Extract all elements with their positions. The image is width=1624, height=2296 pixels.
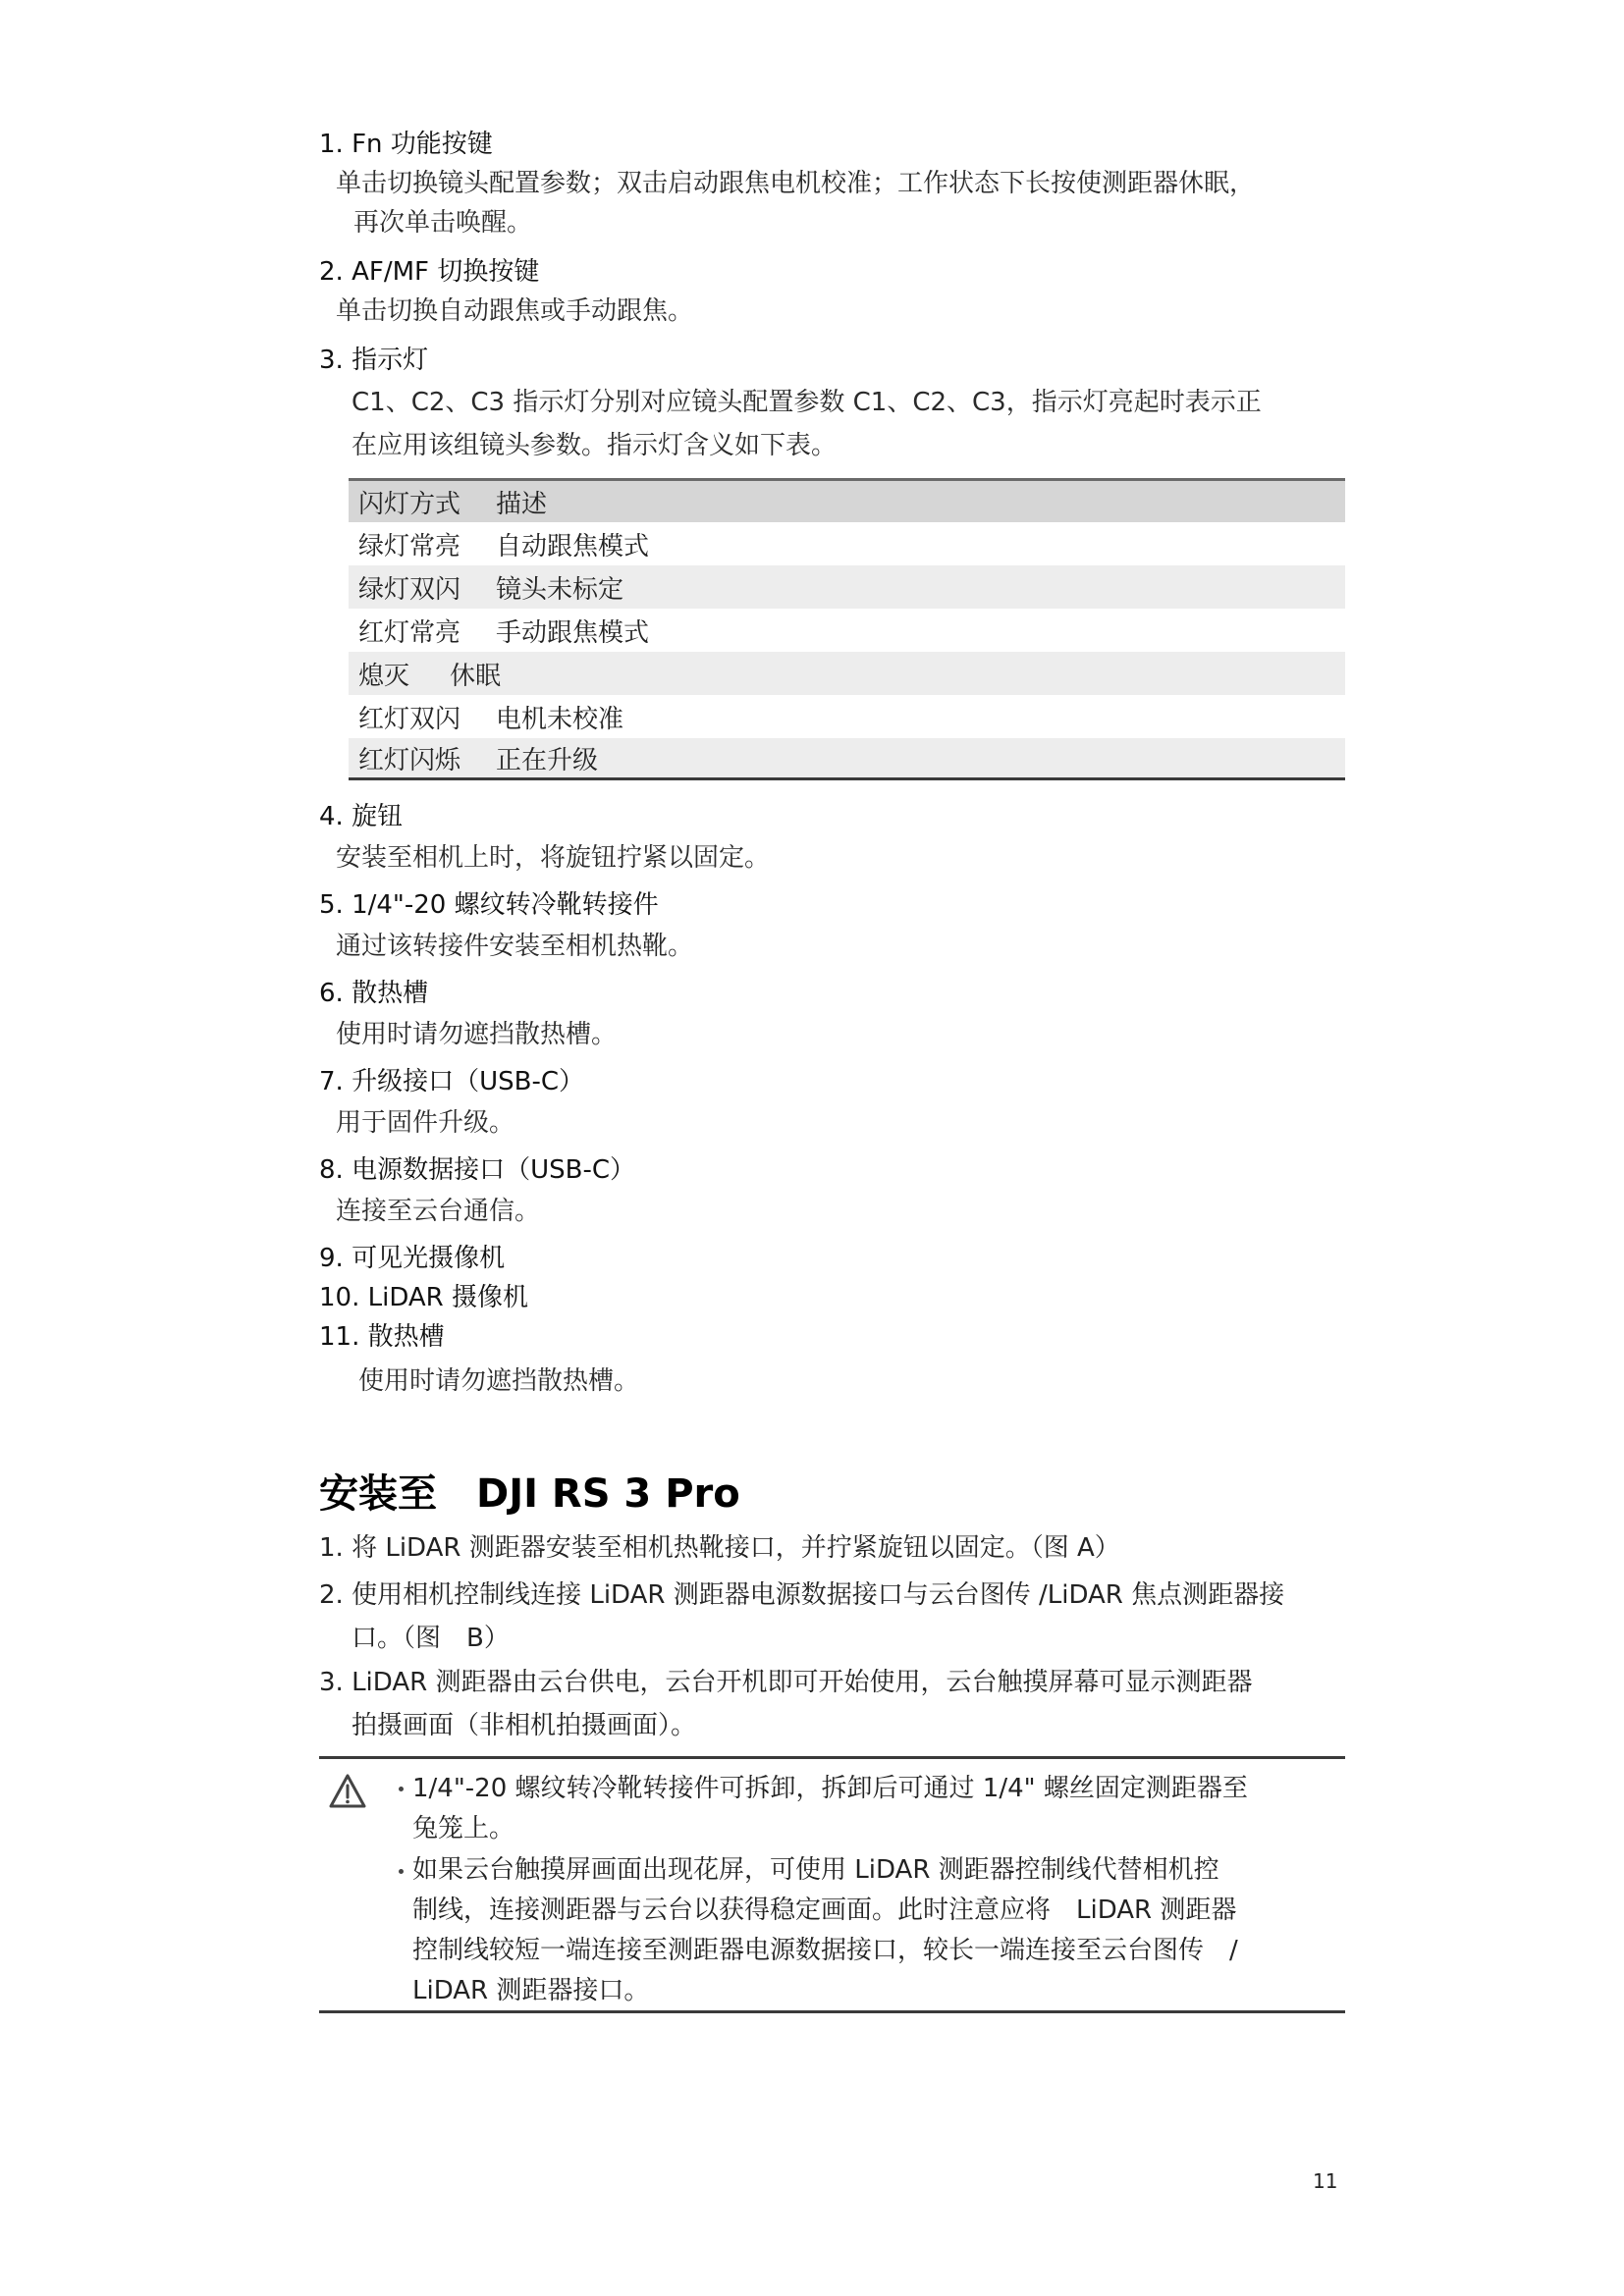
item-2-desc: 单击切换自动跟焦或手动跟焦。 (336, 294, 693, 328)
item-11-desc: 使用时请勿遮挡散热槽。 (358, 1364, 639, 1398)
table-header-row: 闪灯方式 描述 (349, 481, 1345, 522)
table-cell-mode: 红灯闪烁 (358, 740, 496, 776)
table-row: 红灯常亮 手动跟焦模式 (349, 609, 1345, 652)
table-cell-description: 手动跟焦模式 (496, 613, 649, 649)
item-1-title: 1. Fn 功能按键 (319, 128, 493, 161)
indicator-table: 闪灯方式 描述 绿灯常亮 自动跟焦模式 绿灯双闪 镜头未标定 红灯常亮 手动跟焦… (349, 478, 1345, 780)
page-number: 11 (1313, 2169, 1337, 2193)
table-cell-mode: 绿灯双闪 (358, 569, 496, 606)
table-cell-description: 正在升级 (496, 740, 598, 776)
item-1-desc-line-1: 单击切换镜头配置参数；双击启动跟焦电机校准；工作状态下长按使测距器休眠， (336, 167, 1255, 200)
table-row: 熄灭 休眠 (349, 652, 1345, 695)
step-1: 1. 将 LiDAR 测距器安装至相机热靴接口，并拧紧旋钮以固定。（图 A） (319, 1531, 1120, 1565)
note-1-line-1: 1/4"-20 螺纹转冷靴转接件可拆卸，拆卸后可通过 1/4" 螺丝固定测距器至 (412, 1772, 1248, 1805)
warning-icon (328, 1773, 367, 1810)
item-1-desc-line-2: 再次单击唤醒。 (353, 206, 532, 240)
table-row: 绿灯双闪 镜头未标定 (349, 565, 1345, 609)
item-5-desc: 通过该转接件安装至相机热靴。 (336, 930, 693, 963)
item-3-desc-line-2: 在应用该组镜头参数。指示灯含义如下表。 (352, 429, 837, 462)
item-3-desc-line-1: C1、C2、C3 指示灯分别对应镜头配置参数 C1、C2、C3，指示灯亮起时表示… (352, 386, 1262, 419)
table-header-description: 描述 (496, 484, 547, 520)
table-header-mode: 闪灯方式 (358, 484, 496, 520)
table-cell-mode: 红灯常亮 (358, 613, 496, 649)
table-cell-mode: 红灯双闪 (358, 699, 496, 735)
item-8-title: 8. 电源数据接口（USB-C） (319, 1153, 635, 1187)
table-cell-description: 自动跟焦模式 (496, 526, 649, 562)
item-10-title: 10. LiDAR 摄像机 (319, 1281, 528, 1314)
note-1-line-2: 兔笼上。 (412, 1812, 514, 1845)
table-cell-description: 休眠 (450, 656, 501, 692)
table-cell-mode: 绿灯常亮 (358, 526, 496, 562)
note-top-rule (319, 1756, 1345, 1759)
note-2-line-4: LiDAR 测距器接口。 (412, 1974, 649, 2007)
item-2-title: 2. AF/MF 切换按键 (319, 255, 539, 289)
item-5-title: 5. 1/4"-20 螺纹转冷靴转接件 (319, 888, 659, 922)
table-cell-mode: 熄灭 (358, 656, 450, 692)
section-heading-en: DJI RS 3 Pro (476, 1471, 740, 1517)
note-bottom-rule (319, 2010, 1345, 2013)
item-4-title: 4. 旋钮 (319, 800, 403, 833)
step-3-line-2: 拍摄画面（非相机拍摄画面）。 (352, 1709, 696, 1742)
item-7-title: 7. 升级接口（USB-C） (319, 1065, 584, 1098)
section-heading: 安装至DJI RS 3 Pro (319, 1463, 740, 1519)
item-11-title: 11. 散热槽 (319, 1320, 445, 1354)
table-row: 红灯闪烁 正在升级 (349, 738, 1345, 777)
bullet-icon (399, 1787, 404, 1791)
note-2-line-3: 控制线较短一端连接至测距器电源数据接口，较长一端连接至云台图传 / (412, 1934, 1238, 1967)
item-6-desc: 使用时请勿遮挡散热槽。 (336, 1018, 617, 1051)
item-9-title: 9. 可见光摄像机 (319, 1242, 505, 1275)
note-2-line-2: 制线，连接测距器与云台以获得稳定画面。此时注意应将 LiDAR 测距器 (412, 1894, 1236, 1927)
section-heading-cn: 安装至 (319, 1471, 437, 1517)
table-cell-description: 镜头未标定 (496, 569, 623, 606)
bullet-icon (399, 1869, 404, 1874)
table-row: 绿灯常亮 自动跟焦模式 (349, 522, 1345, 565)
table-cell-description: 电机未校准 (496, 699, 623, 735)
step-2-line-1: 2. 使用相机控制线连接 LiDAR 测距器电源数据接口与云台图传 /LiDAR… (319, 1578, 1284, 1612)
table-row: 红灯双闪 电机未校准 (349, 695, 1345, 738)
item-7-desc: 用于固件升级。 (336, 1106, 514, 1140)
step-3-line-1: 3. LiDAR 测距器由云台供电，云台开机即可开始使用，云台触摸屏幕可显示测距… (319, 1666, 1252, 1699)
step-2-line-2: 口。（图 B） (352, 1622, 510, 1655)
item-4-desc: 安装至相机上时，将旋钮拧紧以固定。 (336, 841, 770, 875)
item-6-title: 6. 散热槽 (319, 977, 428, 1010)
note-2-line-1: 如果云台触摸屏画面出现花屏，可使用 LiDAR 测距器控制线代替相机控 (412, 1853, 1219, 1887)
item-8-desc: 连接至云台通信。 (336, 1195, 540, 1228)
item-3-title: 3. 指示灯 (319, 344, 428, 377)
